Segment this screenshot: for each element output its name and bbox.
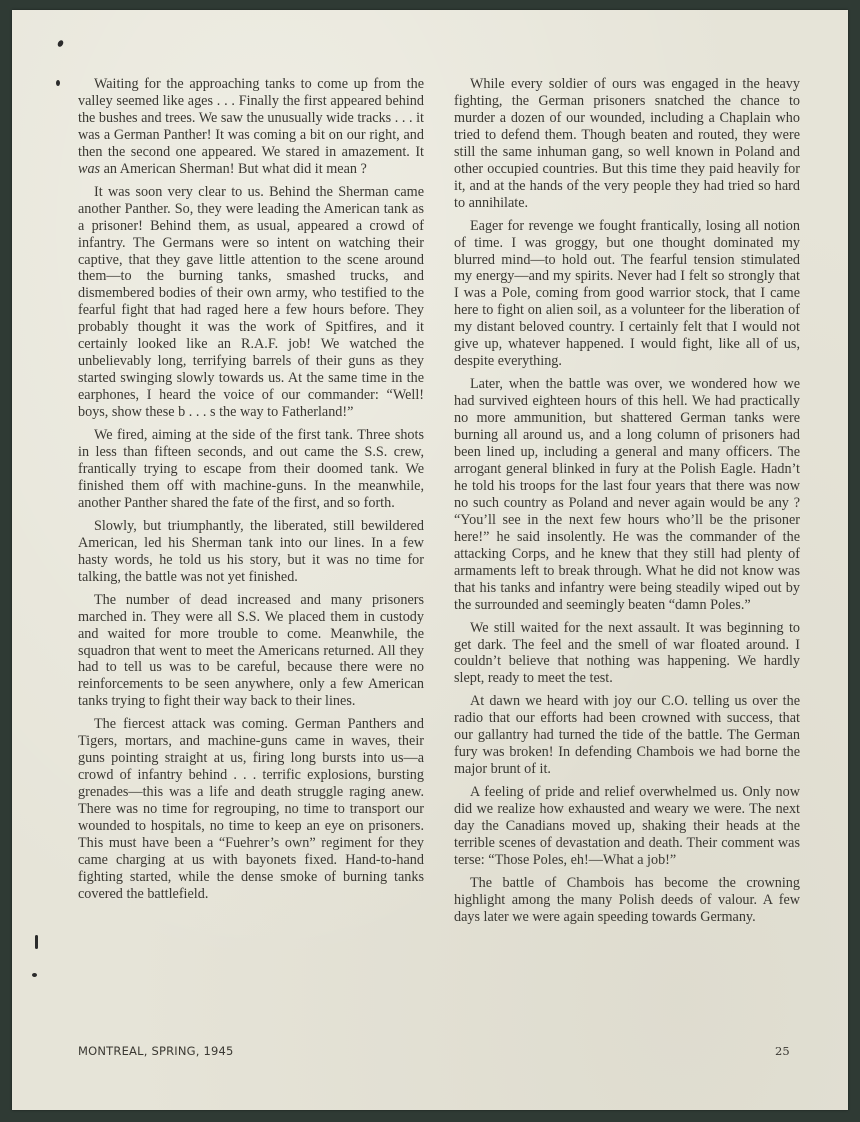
- paragraph: The number of dead increased and many pr…: [78, 592, 424, 711]
- paragraph: The fiercest attack was coming. German P…: [78, 716, 424, 902]
- paragraph: Slowly, but triumphantly, the liberated,…: [78, 518, 424, 586]
- paragraph: We fired, aiming at the side of the firs…: [78, 427, 424, 512]
- magazine-page: Waiting for the approaching tanks to com…: [12, 10, 848, 1110]
- ink-speck: [32, 973, 37, 977]
- ink-speck: [56, 80, 60, 86]
- paragraph: At dawn we heard with joy our C.O. telli…: [454, 693, 800, 778]
- paragraph: Later, when the battle was over, we wond…: [454, 376, 800, 613]
- paragraph: We still waited for the next assault. It…: [454, 620, 800, 688]
- ink-speck: [35, 935, 38, 949]
- ink-speck: [57, 39, 65, 48]
- emphasis-text: was: [78, 161, 100, 177]
- paragraph: A feeling of pride and relief overwhelme…: [454, 784, 800, 869]
- page-number: 25: [775, 1044, 790, 1058]
- left-column: Waiting for the approaching tanks to com…: [78, 76, 424, 909]
- paragraph: Eager for revenge we fought frantically,…: [454, 218, 800, 371]
- paragraph: The battle of Chambois has become the cr…: [454, 875, 800, 926]
- publication-footer: MONTREAL, SPRING, 1945: [78, 1044, 234, 1058]
- paragraph-text: Waiting for the approaching tanks to com…: [78, 76, 424, 160]
- paragraph: While every soldier of ours was engaged …: [454, 76, 800, 212]
- paragraph: It was soon very clear to us. Behind the…: [78, 184, 424, 421]
- right-column: While every soldier of ours was engaged …: [454, 76, 800, 932]
- paragraph-text: an American Sherman! But what did it mea…: [100, 161, 367, 177]
- paragraph: Waiting for the approaching tanks to com…: [78, 76, 424, 178]
